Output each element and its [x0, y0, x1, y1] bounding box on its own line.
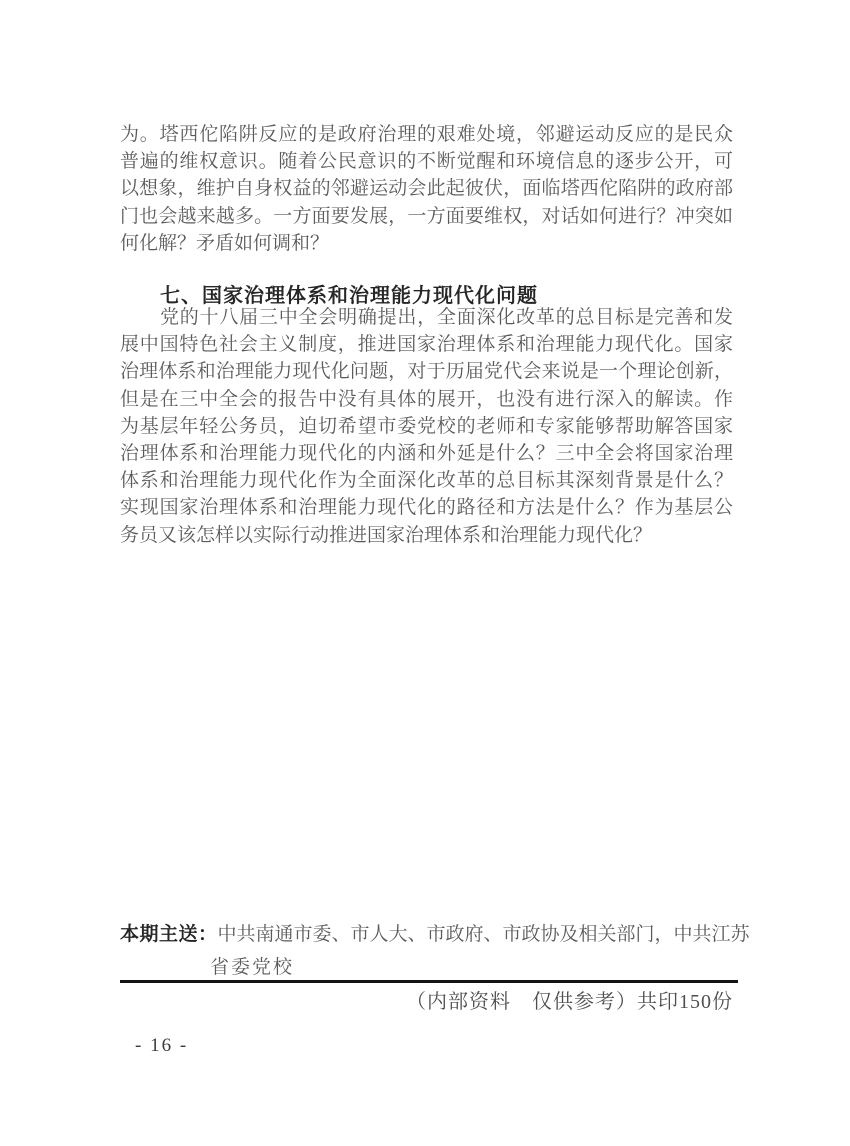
footer-divider-rule	[120, 980, 738, 983]
text-line: 务员又该怎样以实际行动推进国家治理体系和治理能力现代化？	[120, 522, 733, 549]
text-line: 展中国特色社会主义制度，推进国家治理体系和治理能力现代化。国家	[120, 331, 733, 358]
distribution-line: 本期主送： 中共南通市委、市人大、市政府、市政协及相关部门，中共江苏	[120, 918, 733, 951]
paragraph-main: 党的十八届三中全会明确提出，全面深化改革的总目标是完善和发 展中国特色社会主义制…	[120, 304, 733, 549]
text-line: 党的十八届三中全会明确提出，全面深化改革的总目标是完善和发	[120, 304, 733, 331]
text-line: 体系和治理能力现代化作为全面深化改革的总目标其深刻背景是什么？	[120, 467, 733, 494]
text-line: 以想象，维护自身权益的邻避运动会此起彼伏，面临塔西佗陷阱的政府部	[120, 175, 733, 202]
distribution-block: 本期主送： 中共南通市委、市人大、市政府、市政协及相关部门，中共江苏 省委党校	[120, 918, 733, 984]
print-run-note: （内部资料 仅供参考）共印150份	[120, 989, 733, 1016]
page-number: - 16 -	[135, 1032, 188, 1059]
text-line: 治理体系和治理能力现代化问题，对于历届党代会来说是一个理论创新，	[120, 358, 733, 385]
distribution-label: 本期主送：	[120, 918, 218, 951]
paragraph-continuation: 为。塔西佗陷阱反应的是政府治理的艰难处境，邻避运动反应的是民众 普遍的维权意识。…	[120, 121, 733, 257]
text-line: 普遍的维权意识。随着公民意识的不断觉醒和环境信息的逐步公开，可	[120, 148, 733, 175]
text-line: 为基层年轻公务员，迫切希望市委党校的老师和专家能够帮助解答国家	[120, 413, 733, 440]
text-line: 为。塔西佗陷阱反应的是政府治理的艰难处境，邻避运动反应的是民众	[120, 121, 733, 148]
text-line: 治理体系和治理能力现代化的内涵和外延是什么？三中全会将国家治理	[120, 440, 733, 467]
text-line: 门也会越来越多。一方面要发展，一方面要维权，对话如何进行？冲突如	[120, 203, 733, 230]
document-page: 为。塔西佗陷阱反应的是政府治理的艰难处境，邻避运动反应的是民众 普遍的维权意识。…	[0, 0, 850, 1146]
text-line: 实现国家治理体系和治理能力现代化的路径和方法是什么？作为基层公	[120, 494, 733, 521]
text-line: 何化解？矛盾如何调和？	[120, 230, 733, 257]
distribution-recipients: 中共南通市委、市人大、市政府、市政协及相关部门，中共江苏	[218, 918, 750, 951]
text-line: 但是在三中全会的报告中没有具体的展开，也没有进行深入的解读。作	[120, 386, 733, 413]
